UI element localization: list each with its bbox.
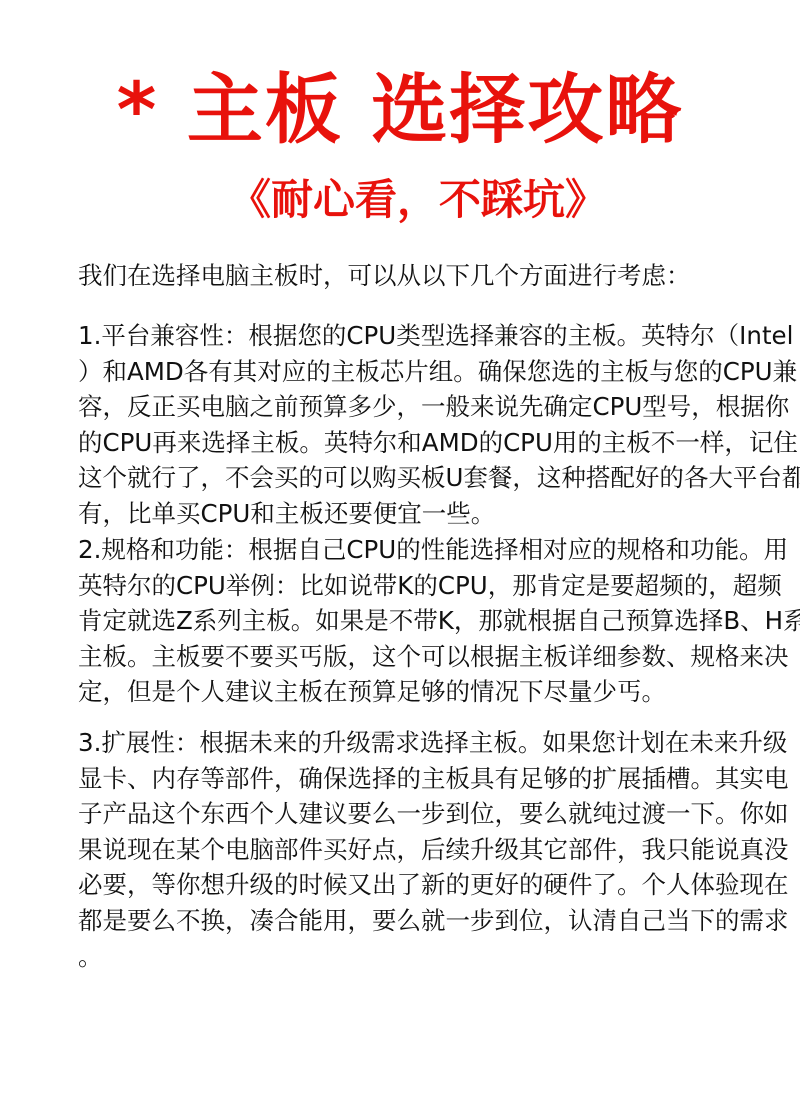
page-title: * 主板 选择攻略 (0, 62, 800, 158)
paragraph-line: 都是要么不换，凑合能用，要么就一步到位，认清自己当下的需求 (78, 903, 738, 939)
paragraph-line: 显卡、内存等部件，确保选择的主板具有足够的扩展插槽。其实电 (78, 761, 738, 797)
paragraph-line: 3.扩展性：根据未来的升级需求选择主板。如果您计划在未来升级 (78, 725, 738, 761)
paragraph-line: 1.平台兼容性：根据您的CPU类型选择兼容的主板。英特尔（Intel (78, 318, 738, 354)
paragraph-line: 子产品这个东西个人建议要么一步到位，要么就纯过渡一下。你如 (78, 796, 738, 832)
paragraph-line: 2.规格和功能：根据自己CPU的性能选择相对应的规格和功能。用 (78, 532, 738, 568)
section-platform-compatibility: 1.平台兼容性：根据您的CPU类型选择兼容的主板。英特尔（Intel ）和AMD… (78, 318, 738, 532)
intro-line: 我们在选择电脑主板时，可以从以下几个方面进行考虑： (78, 258, 738, 294)
paragraph-line: 的CPU再来选择主板。英特尔和AMD的CPU用的主板不一样，记住 (78, 425, 738, 461)
paragraph-line: 。 (78, 939, 738, 975)
paragraph-line: 果说现在某个电脑部件买好点，后续升级其它部件，我只能说真没 (78, 832, 738, 868)
page-subtitle: 《耐心看，不踩坑》 (0, 172, 800, 228)
paragraph-line: ）和AMD各有其对应的主板芯片组。确保您选的主板与您的CPU兼 (78, 354, 738, 390)
paragraph-line: 肯定就选Z系列主板。如果是不带K，那就根据自己预算选择B、H系 (78, 603, 738, 639)
intro-paragraph: 我们在选择电脑主板时，可以从以下几个方面进行考虑： (78, 258, 738, 294)
paragraph-line: 英特尔的CPU举例：比如说带K的CPU，那肯定是要超频的，超频 (78, 568, 738, 604)
section-specs-and-features: 2.规格和功能：根据自己CPU的性能选择相对应的规格和功能。用 英特尔的CPU举… (78, 532, 738, 710)
paragraph-line: 这个就行了，不会买的可以购买板U套餐，这种搭配好的各大平台都 (78, 460, 738, 496)
paragraph-line: 有，比单买CPU和主板还要便宜一些。 (78, 496, 738, 532)
section-expandability: 3.扩展性：根据未来的升级需求选择主板。如果您计划在未来升级 显卡、内存等部件，… (78, 725, 738, 974)
paragraph-line: 容，反正买电脑之前预算多少，一般来说先确定CPU型号，根据你 (78, 389, 738, 425)
paragraph-line: 必要，等你想升级的时候又出了新的更好的硬件了。个人体验现在 (78, 867, 738, 903)
paragraph-line: 主板。主板要不要买丐版，这个可以根据主板详细参数、规格来决 (78, 639, 738, 675)
paragraph-line: 定，但是个人建议主板在预算足够的情况下尽量少丐。 (78, 674, 738, 710)
